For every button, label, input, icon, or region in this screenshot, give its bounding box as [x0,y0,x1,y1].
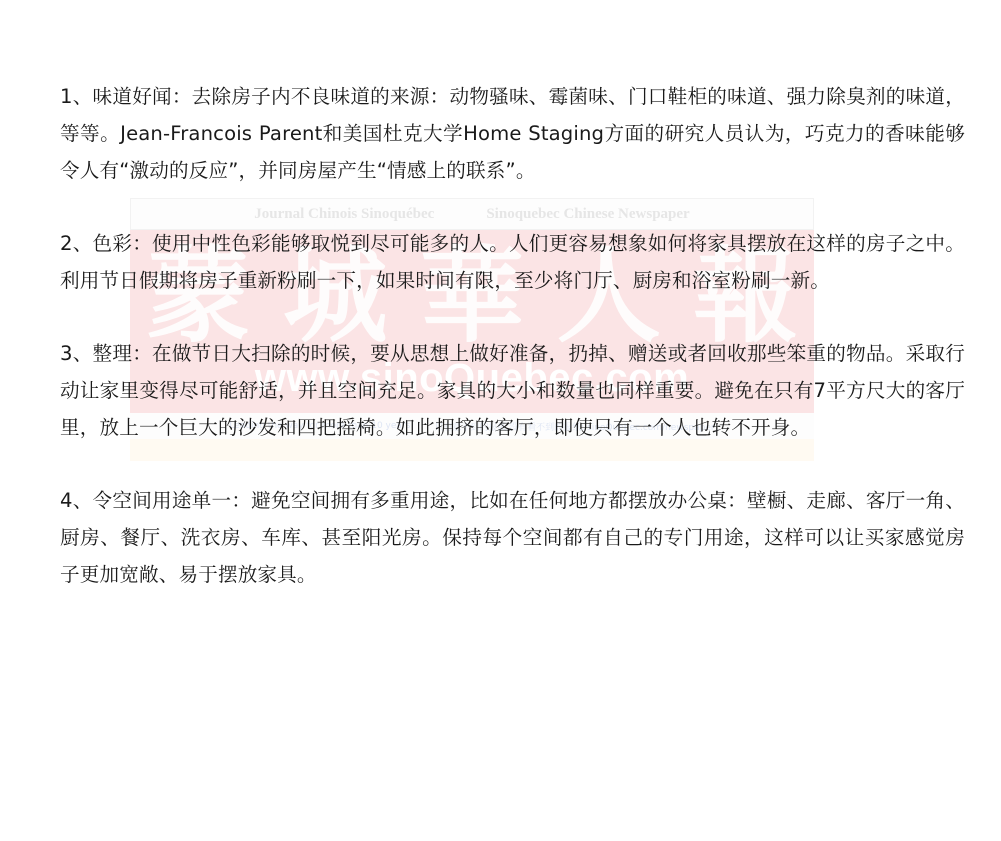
paragraph-single-purpose: 4、令空间用途单一：避免空间拥有多重用途，比如在任何地方都摆放办公桌：壁橱、走廊… [60,482,965,593]
paragraph-declutter: 3、整理：在做节日大扫除的时候，要从思想上做好准备，扔掉、赠送或者回收那些笨重的… [60,335,965,446]
paragraph-smell: 1、味道好闻：去除房子内不良味道的来源：动物骚味、霉菌味、门口鞋柜的味道、强力除… [60,78,965,189]
article-body: 1、味道好闻：去除房子内不良味道的来源：动物骚味、霉菌味、门口鞋柜的味道、强力除… [60,78,965,593]
paragraph-color: 2、色彩：使用中性色彩能够取悦到尽可能多的人。人们更容易想象如何将家具摆放在这样… [60,225,965,299]
